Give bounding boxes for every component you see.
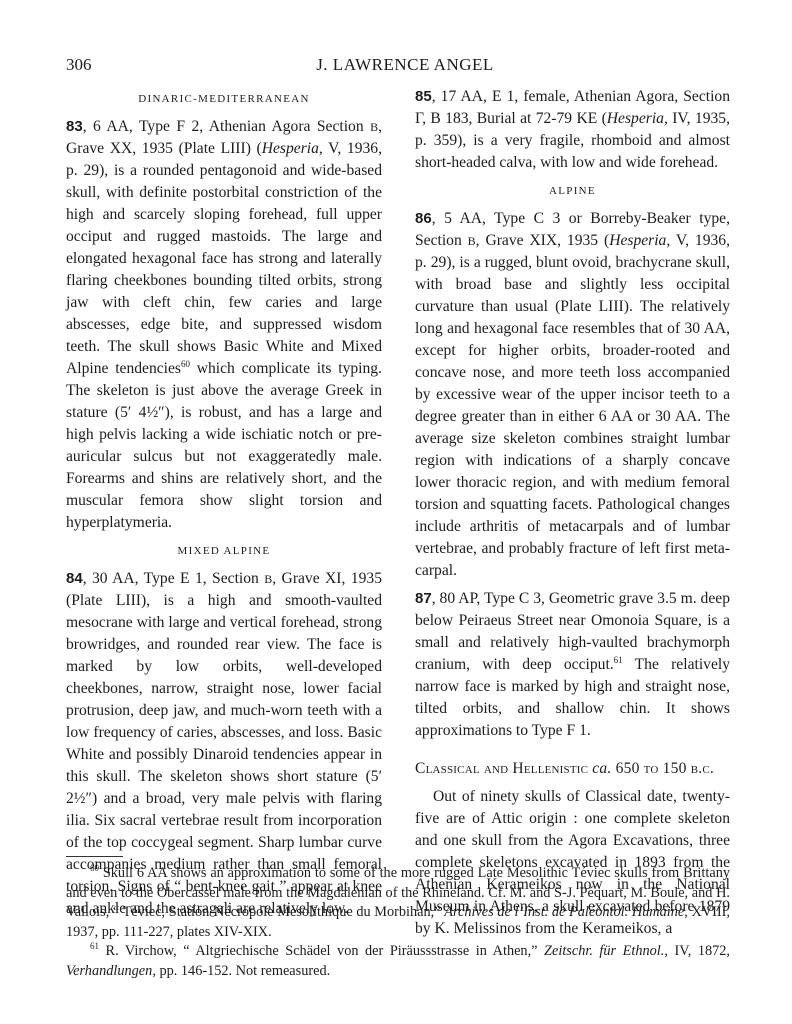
footnote-text: , IV, 1872,	[664, 943, 730, 959]
footnotes: 60 Skull 6 AA shows an approximation to …	[66, 864, 730, 982]
footnote-number: 60	[90, 863, 99, 873]
right-column: 85, 17 AA, E 1, female, Athenian Agora, …	[415, 86, 730, 946]
entry-83: 83, 6 AA, Type F 2, Athenian Agora Secti…	[66, 116, 382, 534]
entry-text: which complicate its typing. The skeleto…	[66, 360, 382, 531]
entry-text: , 6 AA, Type F 2, Athenian Agora Section	[83, 118, 370, 135]
footnote-61: 61 R. Virchow, “ Altgriechische Schädel …	[66, 942, 730, 981]
running-head: J. LAWRENCE ANGEL	[0, 55, 792, 75]
subhead-mixed-alpine: MIXED ALPINE	[66, 540, 382, 562]
section-letter: B	[370, 120, 378, 134]
footnote-text: R. Virchow, “ Altgriechische Schädel von…	[99, 943, 544, 959]
entry-number: 86	[415, 210, 432, 227]
footnote-number: 61	[90, 941, 99, 951]
left-column: DINARIC-MEDITERRANEAN 83, 6 AA, Type F 2…	[66, 88, 382, 926]
journal-section: Verhandlungen	[66, 963, 152, 979]
journal-title: Hesperia,	[607, 110, 668, 127]
footnote-ref-61[interactable]: 61	[614, 655, 623, 665]
footnote-divider	[66, 856, 123, 857]
entry-text: V, 1936, p. 29), is a rugged, blunt ovoi…	[415, 232, 730, 579]
subhead-alpine: ALPINE	[415, 180, 730, 202]
section-heading-ca: ca.	[592, 760, 611, 777]
footnote-60: 60 Skull 6 AA shows an approximation to …	[66, 864, 730, 942]
journal-title: Zeitschr. für Ethnol.	[544, 943, 664, 959]
entry-87: 87, 80 AP, Type C 3, Geometric grave 3.5…	[415, 588, 730, 742]
section-heading-dates: 650 to 150 b.c.	[612, 760, 715, 777]
entry-86: 86, 5 AA, Type C 3 or Borreby-Beaker typ…	[415, 208, 730, 582]
entry-text: , Grave XIX, 1935 (	[476, 232, 610, 249]
footnote-text: , pp. 146-152. Not remeasured.	[152, 963, 330, 979]
entry-number: 87	[415, 590, 432, 607]
section-letter: B	[468, 234, 476, 248]
section-heading-classical-hellenistic: Classical and Hellenistic ca. 650 to 150…	[415, 758, 730, 780]
journal-title: Hesperia,	[262, 140, 323, 157]
entry-text: , 30 AA, Type E 1, Section	[83, 570, 265, 587]
entry-number: 85	[415, 88, 432, 105]
entry-number: 84	[66, 570, 83, 587]
section-heading-text: Classical and Hellenistic	[415, 760, 592, 777]
entry-number: 83	[66, 118, 83, 135]
subhead-dinaric-mediterranean: DINARIC-MEDITERRANEAN	[66, 88, 382, 110]
journal-title: Archives de l’Inst. de Paléontol. Humain…	[444, 904, 684, 920]
entry-85: 85, 17 AA, E 1, female, Athenian Agora, …	[415, 86, 730, 174]
journal-title: Hesperia,	[609, 232, 670, 249]
entry-text: V, 1936, p. 29), is a rounded pentagonoi…	[66, 140, 382, 377]
footnote-ref-60[interactable]: 60	[181, 359, 190, 369]
